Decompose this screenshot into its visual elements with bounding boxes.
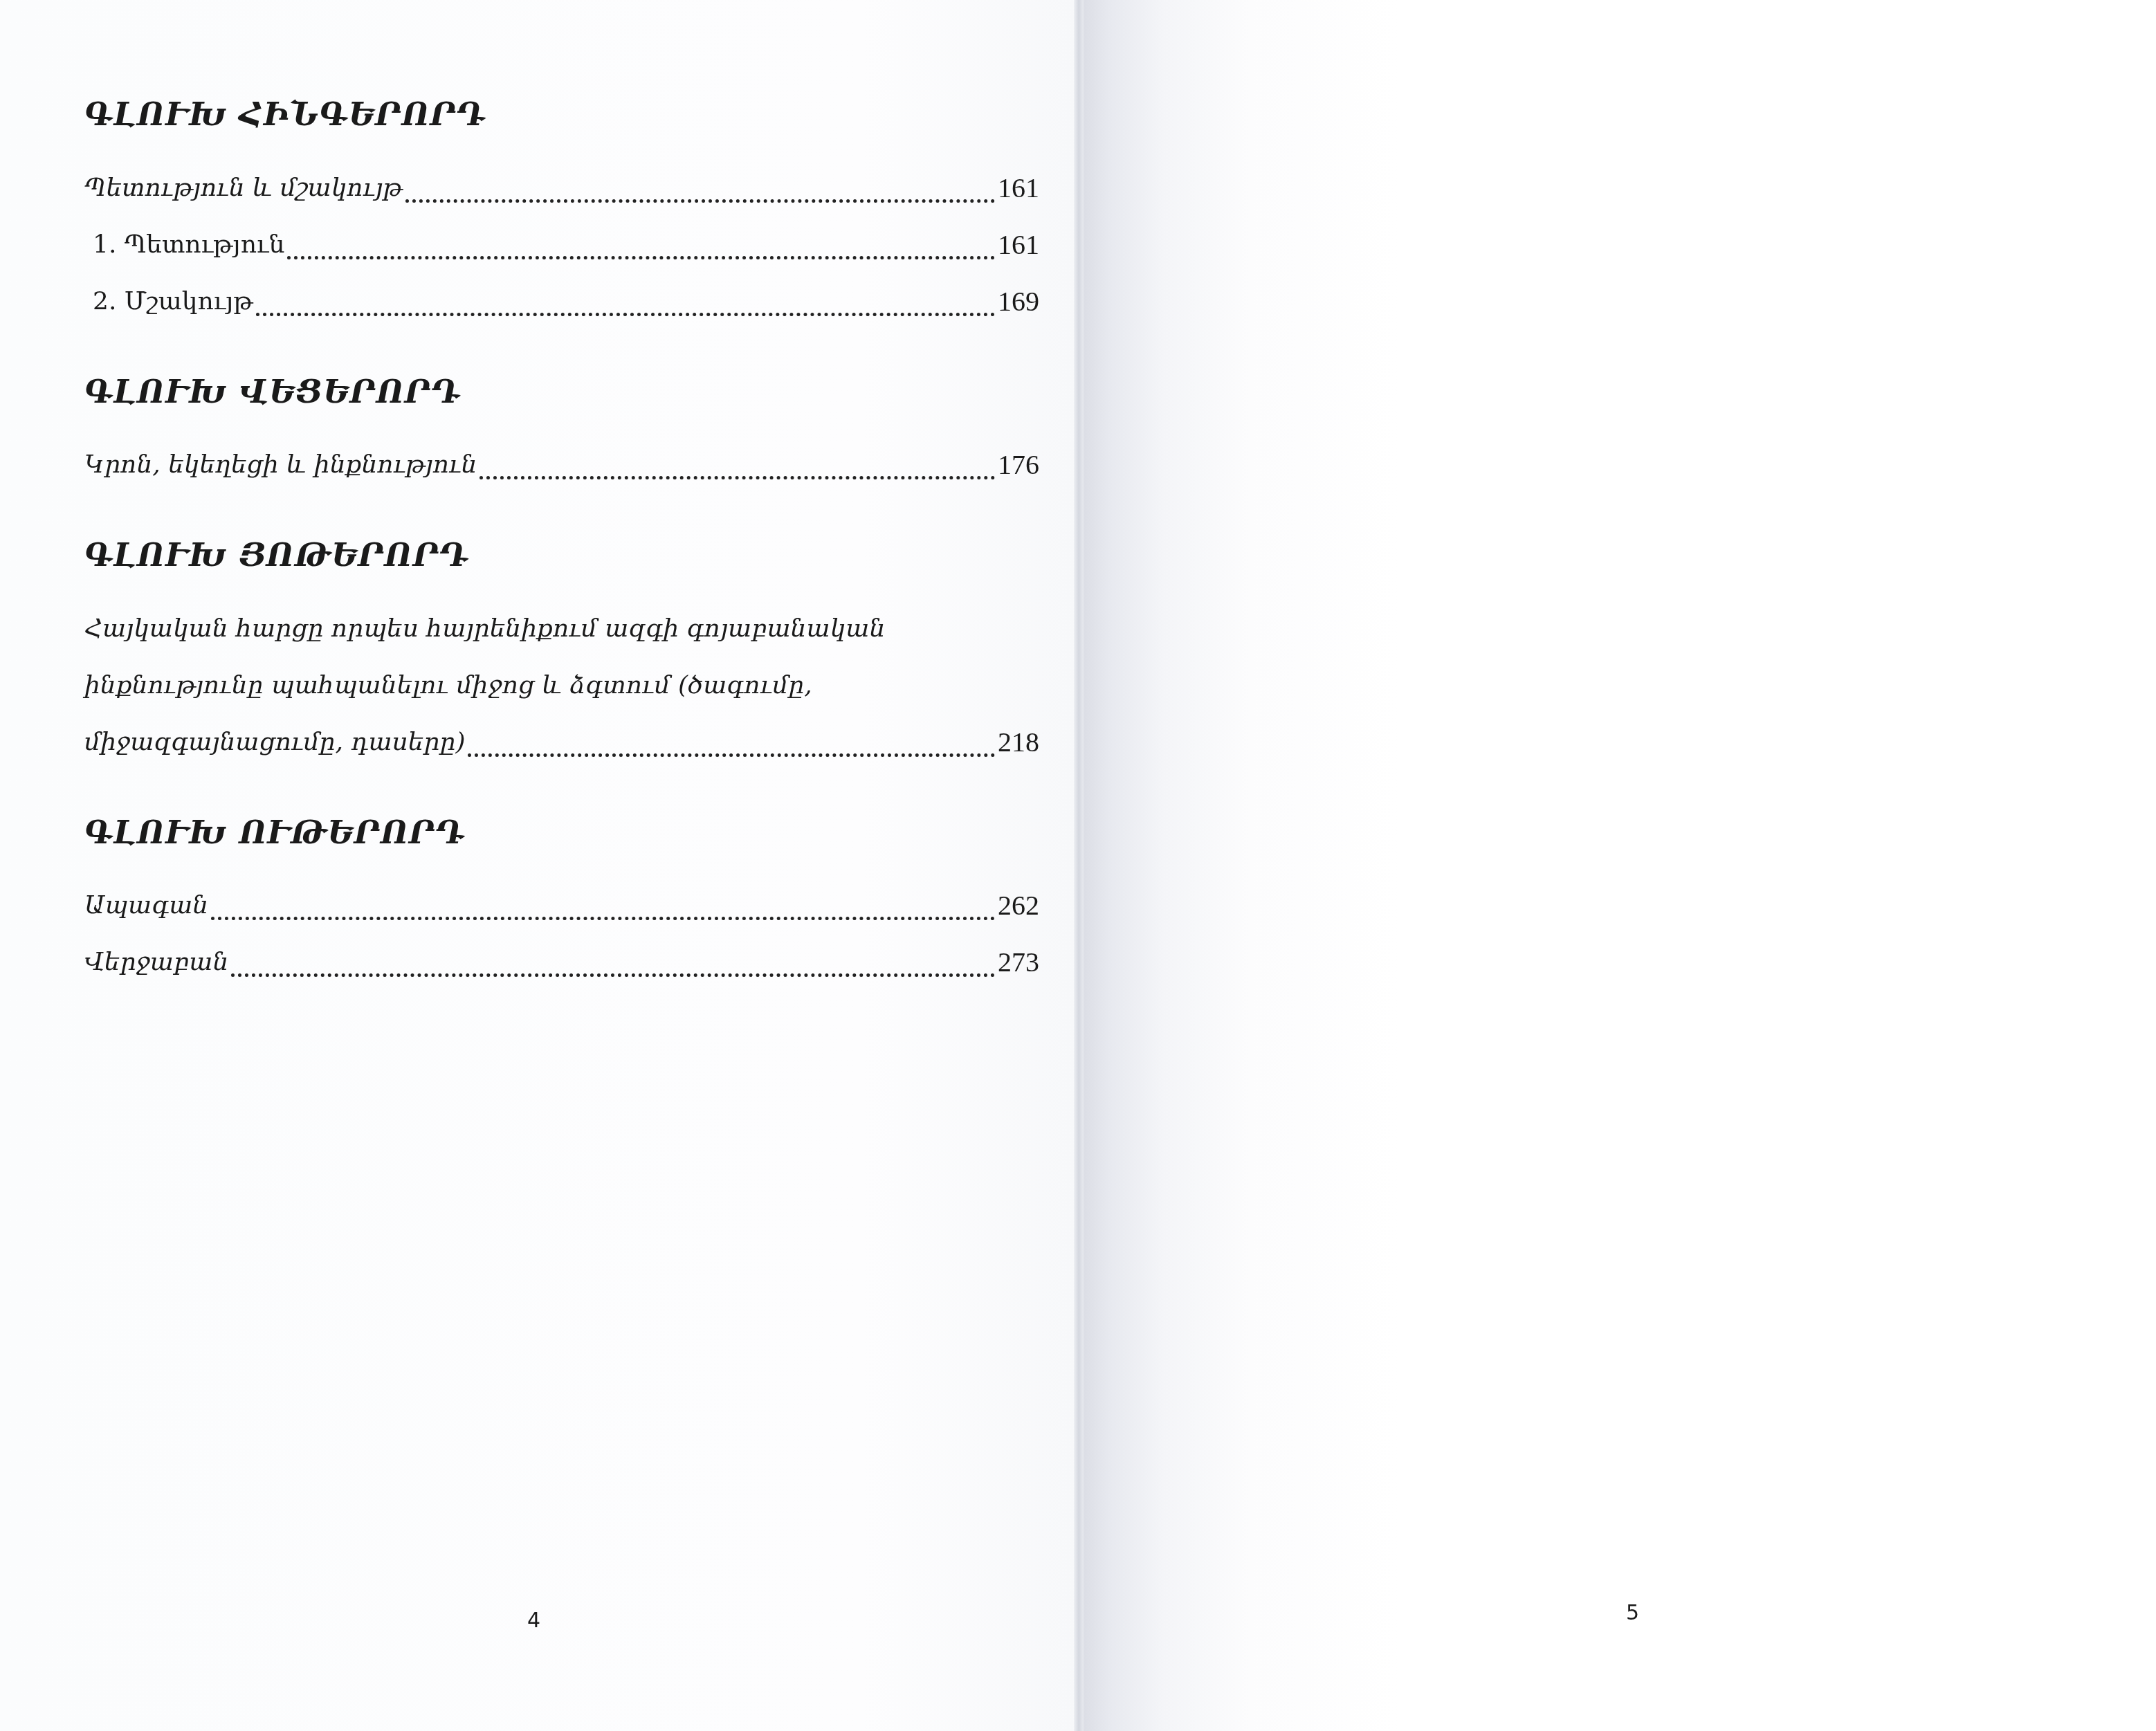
toc-entry-page: 161 (998, 160, 1039, 217)
toc-entry[interactable]: Ապագան262 (84, 877, 1039, 934)
toc-entry[interactable]: Վերջաբան273 (84, 934, 1039, 991)
chapter-title: ԳԼՈՒԽ ՀԻՆԳԵՐՈՐԴ (84, 97, 1039, 132)
chapter-title: ԳԼՈՒԽ ՈՒԹԵՐՈՐԴ (84, 815, 1039, 850)
dot-leader (256, 313, 995, 316)
table-of-contents: ԳԼՈՒԽ ՀԻՆԳԵՐՈՐԴՊետություն և մշակույթ1611… (84, 97, 1039, 1035)
book-spread: ԳԼՈՒԽ ՀԻՆԳԵՐՈՐԴՊետություն և մշակույթ1611… (0, 0, 2156, 1731)
dot-leader (287, 256, 995, 259)
page-number-left: 4 (527, 1609, 540, 1633)
toc-entry-label: ինքնությունը պահպանելու միջոց և ձգտում (… (84, 671, 812, 699)
toc-entry-page: 218 (998, 714, 1039, 771)
toc-entry[interactable]: Հայկական հարցը որպես հայրենիքում ազգի գո… (84, 601, 1039, 771)
dot-leader (231, 973, 995, 977)
dot-leader (479, 476, 995, 479)
toc-entry-label: միջազգայնացումը, դասերը) (84, 714, 465, 771)
chapter-title: ԳԼՈՒԽ ՎԵՑԵՐՈՐԴ (84, 374, 1039, 410)
right-page-introduction: ՆԵՐԱԾՈՒԹՅՈՒՆ Ազգային ինքնության հարցերով… (1077, 0, 2156, 1731)
toc-chapter: ԳԼՈՒԽ ՈՒԹԵՐՈՐԴԱպագան262Վերջաբան273 (84, 815, 1039, 991)
toc-entry-label: Ապագան (84, 877, 208, 934)
toc-chapter: ԳԼՈՒԽ ՀԻՆԳԵՐՈՐԴՊետություն և մշակույթ1611… (84, 97, 1039, 330)
toc-entry-page: 176 (998, 437, 1039, 493)
dot-leader (468, 753, 995, 757)
toc-entry-label: Պետություն և մշակույթ (84, 160, 403, 217)
toc-entry[interactable]: Պետություն և մշակույթ161 (84, 160, 1039, 217)
toc-entry-label: 2. Մշակույթ (93, 273, 253, 330)
toc-entry-page: 161 (998, 217, 1039, 273)
toc-entry[interactable]: 2. Մշակույթ169 (84, 273, 1039, 330)
toc-entry-page: 169 (998, 273, 1039, 330)
toc-entry-label: Հայկական հարցը որպես հայրենիքում ազգի գո… (84, 614, 885, 643)
toc-chapter: ԳԼՈՒԽ ՎԵՑԵՐՈՐԴԿրոն, եկեղեցի և ինքնությու… (84, 374, 1039, 494)
page-number-right: 5 (1626, 1601, 1639, 1625)
toc-entry-label: Վերջաբան (84, 934, 228, 991)
book-gutter (1074, 0, 1084, 1731)
toc-entry-label: Կրոն, եկեղեցի և ինքնություն (84, 437, 477, 493)
chapter-title: ԳԼՈՒԽ ՅՈԹԵՐՈՐԴ (84, 538, 1039, 573)
toc-entry[interactable]: Կրոն, եկեղեցի և ինքնություն176 (84, 437, 1039, 493)
toc-chapter: ԳԼՈՒԽ ՅՈԹԵՐՈՐԴՀայկական հարցը որպես հայրե… (84, 538, 1039, 771)
dot-leader (211, 917, 995, 920)
left-page-table-of-contents: ԳԼՈՒԽ ՀԻՆԳԵՐՈՐԴՊետություն և մշակույթ1611… (0, 0, 1077, 1731)
toc-entry-page: 273 (998, 934, 1039, 991)
dot-leader (405, 199, 995, 203)
toc-entry[interactable]: 1. Պետություն161 (84, 217, 1039, 273)
toc-entry-label: 1. Պետություն (93, 217, 284, 273)
toc-entry-page: 262 (998, 877, 1039, 934)
